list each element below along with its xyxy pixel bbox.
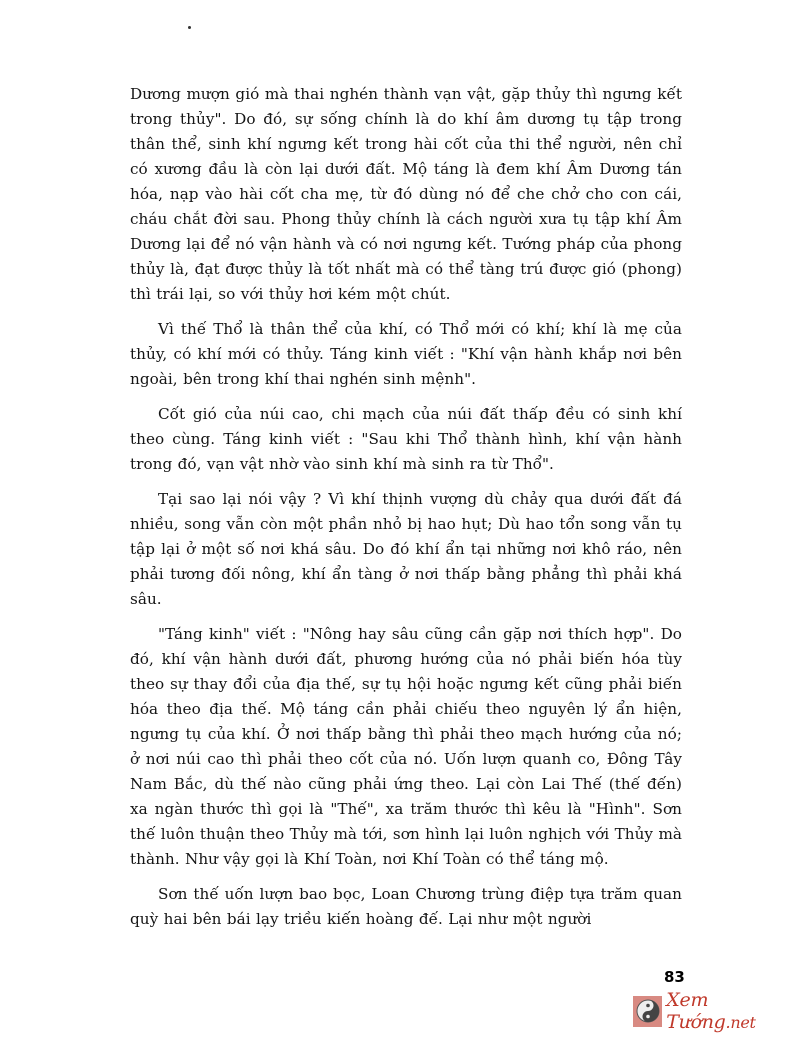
book-page-body: Dương mượn gió mà thai nghén thành vạn v… xyxy=(130,82,682,932)
page-speck xyxy=(188,26,191,29)
watermark-suffix: .net xyxy=(726,1013,756,1032)
watermark-brand: Xem Tướng xyxy=(666,989,725,1033)
paragraph-2: Vì thế Thổ là thân thể của khí, có Thổ m… xyxy=(130,317,682,392)
yin-yang-icon xyxy=(633,996,662,1027)
watermark-logo[interactable]: Xem Tướng.net xyxy=(633,989,800,1033)
watermark-text: Xem Tướng.net xyxy=(666,989,800,1033)
paragraph-4: Tại sao lại nói vậy ? Vì khí thịnh vượng… xyxy=(130,487,682,612)
paragraph-1: Dương mượn gió mà thai nghén thành vạn v… xyxy=(130,82,682,307)
paragraph-6: Sơn thế uốn lượn bao bọc, Loan Chương tr… xyxy=(130,882,682,932)
page-number: 83 xyxy=(664,968,685,986)
paragraph-5: "Táng kinh" viết : "Nông hay sâu cũng cầ… xyxy=(130,622,682,872)
paragraph-3: Cốt gió của núi cao, chi mạch của núi đấ… xyxy=(130,402,682,477)
